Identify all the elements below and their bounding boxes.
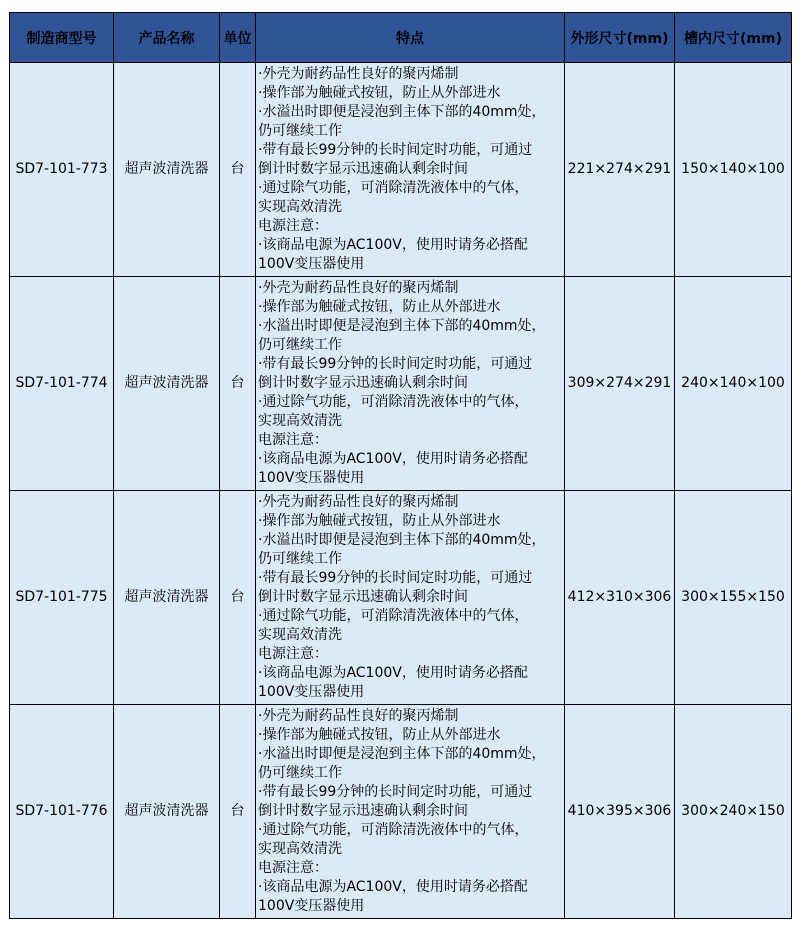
- page: 制造商型号 产品名称 单位 特点 外形尺寸(mm) 槽内尺寸(mm) SD7-1…: [0, 0, 800, 919]
- cell-product-name: 超声波清洗器: [114, 277, 220, 491]
- product-spec-table: 制造商型号 产品名称 单位 特点 外形尺寸(mm) 槽内尺寸(mm) SD7-1…: [9, 12, 792, 919]
- cell-tank-dimensions: 150×140×100: [675, 63, 792, 277]
- cell-product-name: 超声波清洗器: [114, 705, 220, 919]
- column-header-product-name: 产品名称: [114, 13, 220, 63]
- header-row: 制造商型号 产品名称 单位 特点 外形尺寸(mm) 槽内尺寸(mm): [10, 13, 792, 63]
- cell-outer-dimensions: 309×274×291: [565, 277, 675, 491]
- cell-unit: 台: [220, 705, 256, 919]
- table-row: SD7-101-774 超声波清洗器 台 ·外壳为耐药品性良好的聚丙烯制 ·操作…: [10, 277, 792, 491]
- cell-model-number: SD7-101-774: [10, 277, 114, 491]
- cell-features: ·外壳为耐药品性良好的聚丙烯制 ·操作部为触碰式按钮，防止从外部进水 ·水溢出时…: [256, 63, 565, 277]
- cell-features: ·外壳为耐药品性良好的聚丙烯制 ·操作部为触碰式按钮，防止从外部进水 ·水溢出时…: [256, 705, 565, 919]
- cell-product-name: 超声波清洗器: [114, 63, 220, 277]
- cell-unit: 台: [220, 277, 256, 491]
- cell-tank-dimensions: 300×155×150: [675, 491, 792, 705]
- cell-model-number: SD7-101-775: [10, 491, 114, 705]
- table-row: SD7-101-776 超声波清洗器 台 ·外壳为耐药品性良好的聚丙烯制 ·操作…: [10, 705, 792, 919]
- cell-model-number: SD7-101-773: [10, 63, 114, 277]
- cell-outer-dimensions: 410×395×306: [565, 705, 675, 919]
- column-header-unit: 单位: [220, 13, 256, 63]
- cell-tank-dimensions: 300×240×150: [675, 705, 792, 919]
- cell-outer-dimensions: 412×310×306: [565, 491, 675, 705]
- table-row: SD7-101-775 超声波清洗器 台 ·外壳为耐药品性良好的聚丙烯制 ·操作…: [10, 491, 792, 705]
- column-header-model: 制造商型号: [10, 13, 114, 63]
- cell-features: ·外壳为耐药品性良好的聚丙烯制 ·操作部为触碰式按钮，防止从外部进水 ·水溢出时…: [256, 277, 565, 491]
- table-header: 制造商型号 产品名称 单位 特点 外形尺寸(mm) 槽内尺寸(mm): [10, 13, 792, 63]
- table-body: SD7-101-773 超声波清洗器 台 ·外壳为耐药品性良好的聚丙烯制 ·操作…: [10, 63, 792, 919]
- cell-product-name: 超声波清洗器: [114, 491, 220, 705]
- cell-unit: 台: [220, 491, 256, 705]
- cell-unit: 台: [220, 63, 256, 277]
- column-header-features: 特点: [256, 13, 565, 63]
- cell-features: ·外壳为耐药品性良好的聚丙烯制 ·操作部为触碰式按钮，防止从外部进水 ·水溢出时…: [256, 491, 565, 705]
- cell-tank-dimensions: 240×140×100: [675, 277, 792, 491]
- column-header-outer-dimensions: 外形尺寸(mm): [565, 13, 675, 63]
- cell-outer-dimensions: 221×274×291: [565, 63, 675, 277]
- cell-model-number: SD7-101-776: [10, 705, 114, 919]
- column-header-tank-dimensions: 槽内尺寸(mm): [675, 13, 792, 63]
- table-row: SD7-101-773 超声波清洗器 台 ·外壳为耐药品性良好的聚丙烯制 ·操作…: [10, 63, 792, 277]
